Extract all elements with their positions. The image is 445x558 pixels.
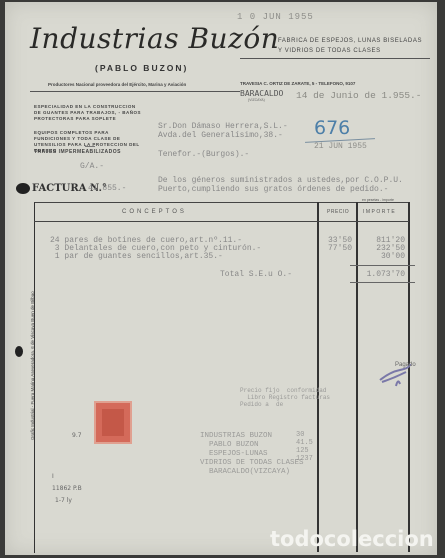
reference-code: G/A.-	[80, 162, 104, 171]
header-row-divider	[34, 221, 409, 222]
fiscal-revenue-stamp	[94, 401, 132, 444]
handwritten-number: 676	[314, 117, 350, 139]
invoice-date: 14 de Junio de 1.955.-	[296, 90, 421, 101]
business-description: FABRICA DE ESPEJOS, LUNAS BISELADAS Y VI…	[278, 36, 422, 56]
intro-line-1: De los géneros suministrados a ustedes,p…	[158, 176, 403, 185]
city-province: (VIZCAYA)	[248, 98, 265, 102]
supplier-note: Productores Nacional proveedora del Ejér…	[48, 82, 186, 87]
registry-stamp: Precio fijo conformidad Libro Registro f…	[240, 387, 330, 408]
registry-line: Precio fijo conformidad	[240, 387, 330, 394]
column-header-price: PRECIO	[327, 209, 349, 215]
stamp-line: ESPEJOS-LUNAS	[200, 450, 304, 459]
printer-credit: Grafic Industrial - Fuera Marina Asevera…	[30, 291, 35, 440]
signature-text: Pagado	[395, 362, 416, 368]
title-underline	[240, 58, 430, 59]
recipient-line-2: Avda.del Generalísimo,38.-	[158, 131, 283, 140]
total-rule	[350, 282, 415, 283]
punch-hole	[15, 346, 23, 357]
owner-name: (PABLO BUZON)	[95, 63, 188, 73]
amount-column-divider	[356, 202, 358, 552]
figure: 1237	[296, 455, 313, 463]
company-address: TRAVESIA C. ORTIZ DE ZARATE, 5 - TELEFON…	[240, 81, 355, 86]
figure: 125	[296, 447, 313, 455]
specialty-block-3: TRAJES IMPERMEABILIZADOS	[34, 149, 144, 155]
business-line-1: FABRICA DE ESPEJOS, LUNAS BISELADAS	[278, 36, 422, 46]
subtotal-rule	[350, 265, 415, 266]
watermark: todocoleccion	[270, 527, 434, 551]
figure: 30	[296, 431, 313, 439]
pencil-mark: 9.7	[72, 432, 82, 439]
stamp-line: VIDRIOS DE TODAS CLASES	[200, 459, 304, 468]
specialty-block-1: ESPECIALIDAD EN LA CONSTRUCCION DE GUANT…	[34, 104, 144, 122]
invoice-number: 41.855.-	[88, 184, 126, 193]
business-line-2: Y VIDRIOS DE TODAS CLASES	[278, 46, 422, 56]
stamp-line: BARACALDO(VIZCAYA)	[200, 468, 304, 477]
city: BARACALDO	[240, 89, 283, 98]
pencil-note: I	[52, 473, 54, 480]
line-item-price: 77'50	[320, 244, 352, 253]
entry-date-stamp: 21 JUN 1955	[314, 142, 367, 151]
pencil-note: 11862 P.B	[52, 485, 82, 492]
company-name: Industrias Buzón	[30, 22, 279, 55]
stamp-line: PABLO BUZON	[200, 441, 304, 450]
header-divider	[30, 91, 240, 92]
intro-text: De los géneros suministrados a ustedes,p…	[158, 176, 403, 194]
column-header-amount: IMPORTE	[363, 209, 396, 215]
total-amount: 1.073'70	[355, 270, 405, 279]
stamp-emblem-icon	[102, 409, 124, 436]
total-label: Total S.E.u O.-	[220, 270, 292, 279]
line-item-amount: 30'00	[360, 252, 405, 261]
stamp-line: INDUSTRIAS BUZON	[200, 432, 304, 441]
price-column-divider	[317, 202, 319, 552]
received-date-stamp: 1 0 JUN 1955	[237, 12, 314, 22]
line-item-description: 1 par de guantes sencillos,art.35.-	[50, 252, 223, 261]
recipient-line-1: Sr.Don Dámaso Herrera,S.L.-	[158, 122, 288, 131]
pencil-note: 1-7 ly	[55, 497, 72, 504]
registry-line: Libro Registro facturas	[240, 394, 330, 401]
column-header-concepts: CONCEPTOS	[122, 209, 187, 215]
side-figures: 3041.51251237	[296, 431, 313, 463]
figure: 41.5	[296, 439, 313, 447]
bullet-icon	[16, 183, 30, 194]
intro-line-2: Puerto,cumpliendo sus gratos órdenes de …	[158, 185, 403, 194]
recipient-line-3: Tenefor.-(Burgos).-	[158, 150, 249, 159]
registry-line: Pedido a de	[240, 401, 330, 408]
company-stamp: INDUSTRIAS BUZON PABLO BUZON ESPEJOS-LUN…	[200, 432, 304, 477]
